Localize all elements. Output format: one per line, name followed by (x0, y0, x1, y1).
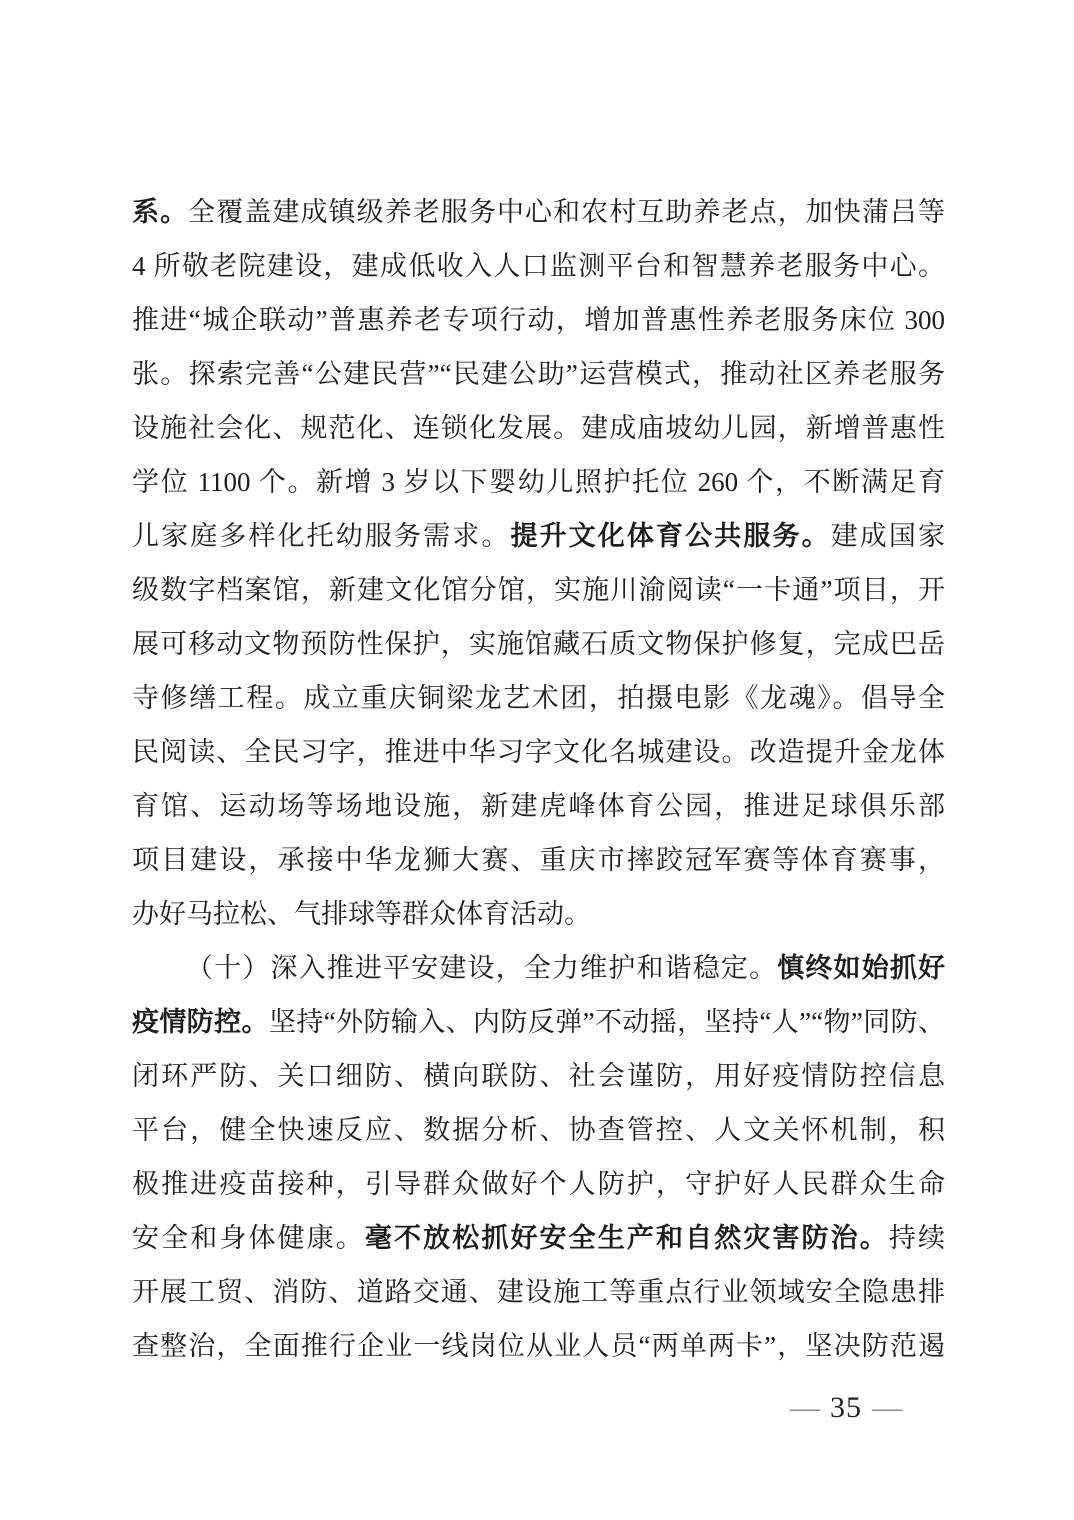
text-line: 级数字档案馆，新建文化馆分馆，实施川渝阅读“一卡通”项目，开 (132, 563, 945, 617)
body-text-segment: 建成国家 (831, 521, 945, 551)
body-text-segment: 坚持“外防输入、内防反弹”不动摇，坚持“人”“物”同防、 (269, 1007, 945, 1037)
text-line: 设施社会化、规范化、连锁化发展。建成庙坡幼儿园，新增普惠性 (132, 401, 945, 455)
text-line: 办好马拉松、气排球等群众体育活动。 (132, 887, 945, 941)
text-line: （十）深入推进平安建设，全力维护和谐稳定。慎终如始抓好 (132, 941, 945, 995)
text-line: 育馆、运动场等场地设施，新建虎峰体育公园，推进足球俱乐部 (132, 779, 945, 833)
footer-dash-right: — (872, 1391, 902, 1424)
body-text-segment: 设施社会化、规范化、连锁化发展。建成庙坡幼儿园，新增普惠性 (132, 413, 945, 443)
body-text-segment: 开展工贸、消防、道路交通、建设施工等重点行业领域安全隐患排 (132, 1277, 945, 1307)
body-text-segment: 寺修缮工程。成立重庆铜梁龙艺术团，拍摄电影《龙魂》。倡导全 (132, 683, 945, 713)
body-text-segment: 项目建设，承接中华龙狮大赛、重庆市摔跤冠军赛等体育赛事， (132, 845, 945, 875)
body-text-segment: 全覆盖建成镇级养老服务中心和农村互助养老点，加快蒲吕等 (188, 197, 945, 227)
text-line: 寺修缮工程。成立重庆铜梁龙艺术团，拍摄电影《龙魂》。倡导全 (132, 671, 945, 725)
footer-dash-left: — (790, 1391, 820, 1424)
emphasis-text: 慎终如始抓好 (777, 953, 945, 983)
body-text-segment: 持续 (889, 1223, 945, 1253)
body-text-segment: 平台，健全快速反应、数据分析、协查管控、人文关怀机制，积 (132, 1115, 945, 1145)
body-text-segment: 闭环严防、关口细防、横向联防、社会谨防，用好疫情防控信息 (132, 1061, 945, 1091)
text-line: 张。探索完善“公建民营”“民建公助”运营模式，推动社区养老服务 (132, 347, 945, 401)
section-heading-text: （十）深入推进平安建设，全力维护和谐稳定。 (186, 953, 777, 983)
body-text-segment: 极推进疫苗接种，引导群众做好个人防护，守护好人民群众生命 (132, 1169, 945, 1199)
document-page: 系。全覆盖建成镇级养老服务中心和农村互助养老点，加快蒲吕等4 所敬老院建设，建成… (0, 0, 1074, 1520)
body-text-segment: 办好马拉松、气排球等群众体育活动。 (132, 899, 591, 929)
text-line: 项目建设，承接中华龙狮大赛、重庆市摔跤冠军赛等体育赛事， (132, 833, 945, 887)
text-line: 极推进疫苗接种，引导群众做好个人防护，守护好人民群众生命 (132, 1157, 945, 1211)
emphasis-text: 毫不放松抓好安全生产和自然灾害防治。 (365, 1223, 889, 1253)
emphasis-text: 系。 (132, 197, 188, 227)
text-line: 疫情防控。坚持“外防输入、内防反弹”不动摇，坚持“人”“物”同防、 (132, 995, 945, 1049)
body-text-segment: 安全和身体健康。 (132, 1223, 365, 1253)
text-line: 开展工贸、消防、道路交通、建设施工等重点行业领域安全隐患排 (132, 1265, 945, 1319)
body-text-segment: 展可移动文物预防性保护，实施馆藏石质文物保护修复，完成巴岳 (132, 629, 945, 659)
page-footer: —35— (780, 1390, 912, 1426)
text-line: 平台，健全快速反应、数据分析、协查管控、人文关怀机制，积 (132, 1103, 945, 1157)
text-line: 展可移动文物预防性保护，实施馆藏石质文物保护修复，完成巴岳 (132, 617, 945, 671)
body-text-segment: 育馆、运动场等场地设施，新建虎峰体育公园，推进足球俱乐部 (132, 791, 945, 821)
text-line: 安全和身体健康。毫不放松抓好安全生产和自然灾害防治。持续 (132, 1211, 945, 1265)
emphasis-text: 疫情防控。 (132, 1007, 269, 1037)
body-text-segment: 民阅读、全民习字，推进中华习字文化名城建设。改造提升金龙体 (132, 737, 945, 767)
body-text-segment: 学位 1100 个。新增 3 岁以下婴幼儿照护托位 260 个，不断满足育 (132, 467, 945, 497)
body-text: 系。全覆盖建成镇级养老服务中心和农村互助养老点，加快蒲吕等4 所敬老院建设，建成… (132, 185, 945, 1373)
text-line: 闭环严防、关口细防、横向联防、社会谨防，用好疫情防控信息 (132, 1049, 945, 1103)
body-text-segment: 张。探索完善“公建民营”“民建公助”运营模式，推动社区养老服务 (132, 359, 945, 389)
body-text-segment: 查整治，全面推行企业一线岗位从业人员“两单两卡”，坚决防范遏 (132, 1331, 945, 1361)
text-line: 查整治，全面推行企业一线岗位从业人员“两单两卡”，坚决防范遏 (132, 1319, 945, 1373)
body-text-segment: 级数字档案馆，新建文化馆分馆，实施川渝阅读“一卡通”项目，开 (132, 575, 945, 605)
page-number: 35 (830, 1391, 862, 1424)
body-text-segment: 儿家庭多样化托幼服务需求。 (132, 521, 510, 551)
text-line: 学位 1100 个。新增 3 岁以下婴幼儿照护托位 260 个，不断满足育 (132, 455, 945, 509)
text-line: 推进“城企联动”普惠养老专项行动，增加普惠性养老服务床位 300 (132, 293, 945, 347)
body-text-segment: 推进“城企联动”普惠养老专项行动，增加普惠性养老服务床位 300 (132, 305, 945, 335)
body-text-segment: 4 所敬老院建设，建成低收入人口监测平台和智慧养老服务中心。 (132, 251, 945, 281)
text-line: 系。全覆盖建成镇级养老服务中心和农村互助养老点，加快蒲吕等 (132, 185, 945, 239)
emphasis-text: 提升文化体育公共服务。 (510, 521, 830, 551)
text-line: 儿家庭多样化托幼服务需求。提升文化体育公共服务。建成国家 (132, 509, 945, 563)
text-line: 民阅读、全民习字，推进中华习字文化名城建设。改造提升金龙体 (132, 725, 945, 779)
text-line: 4 所敬老院建设，建成低收入人口监测平台和智慧养老服务中心。 (132, 239, 945, 293)
